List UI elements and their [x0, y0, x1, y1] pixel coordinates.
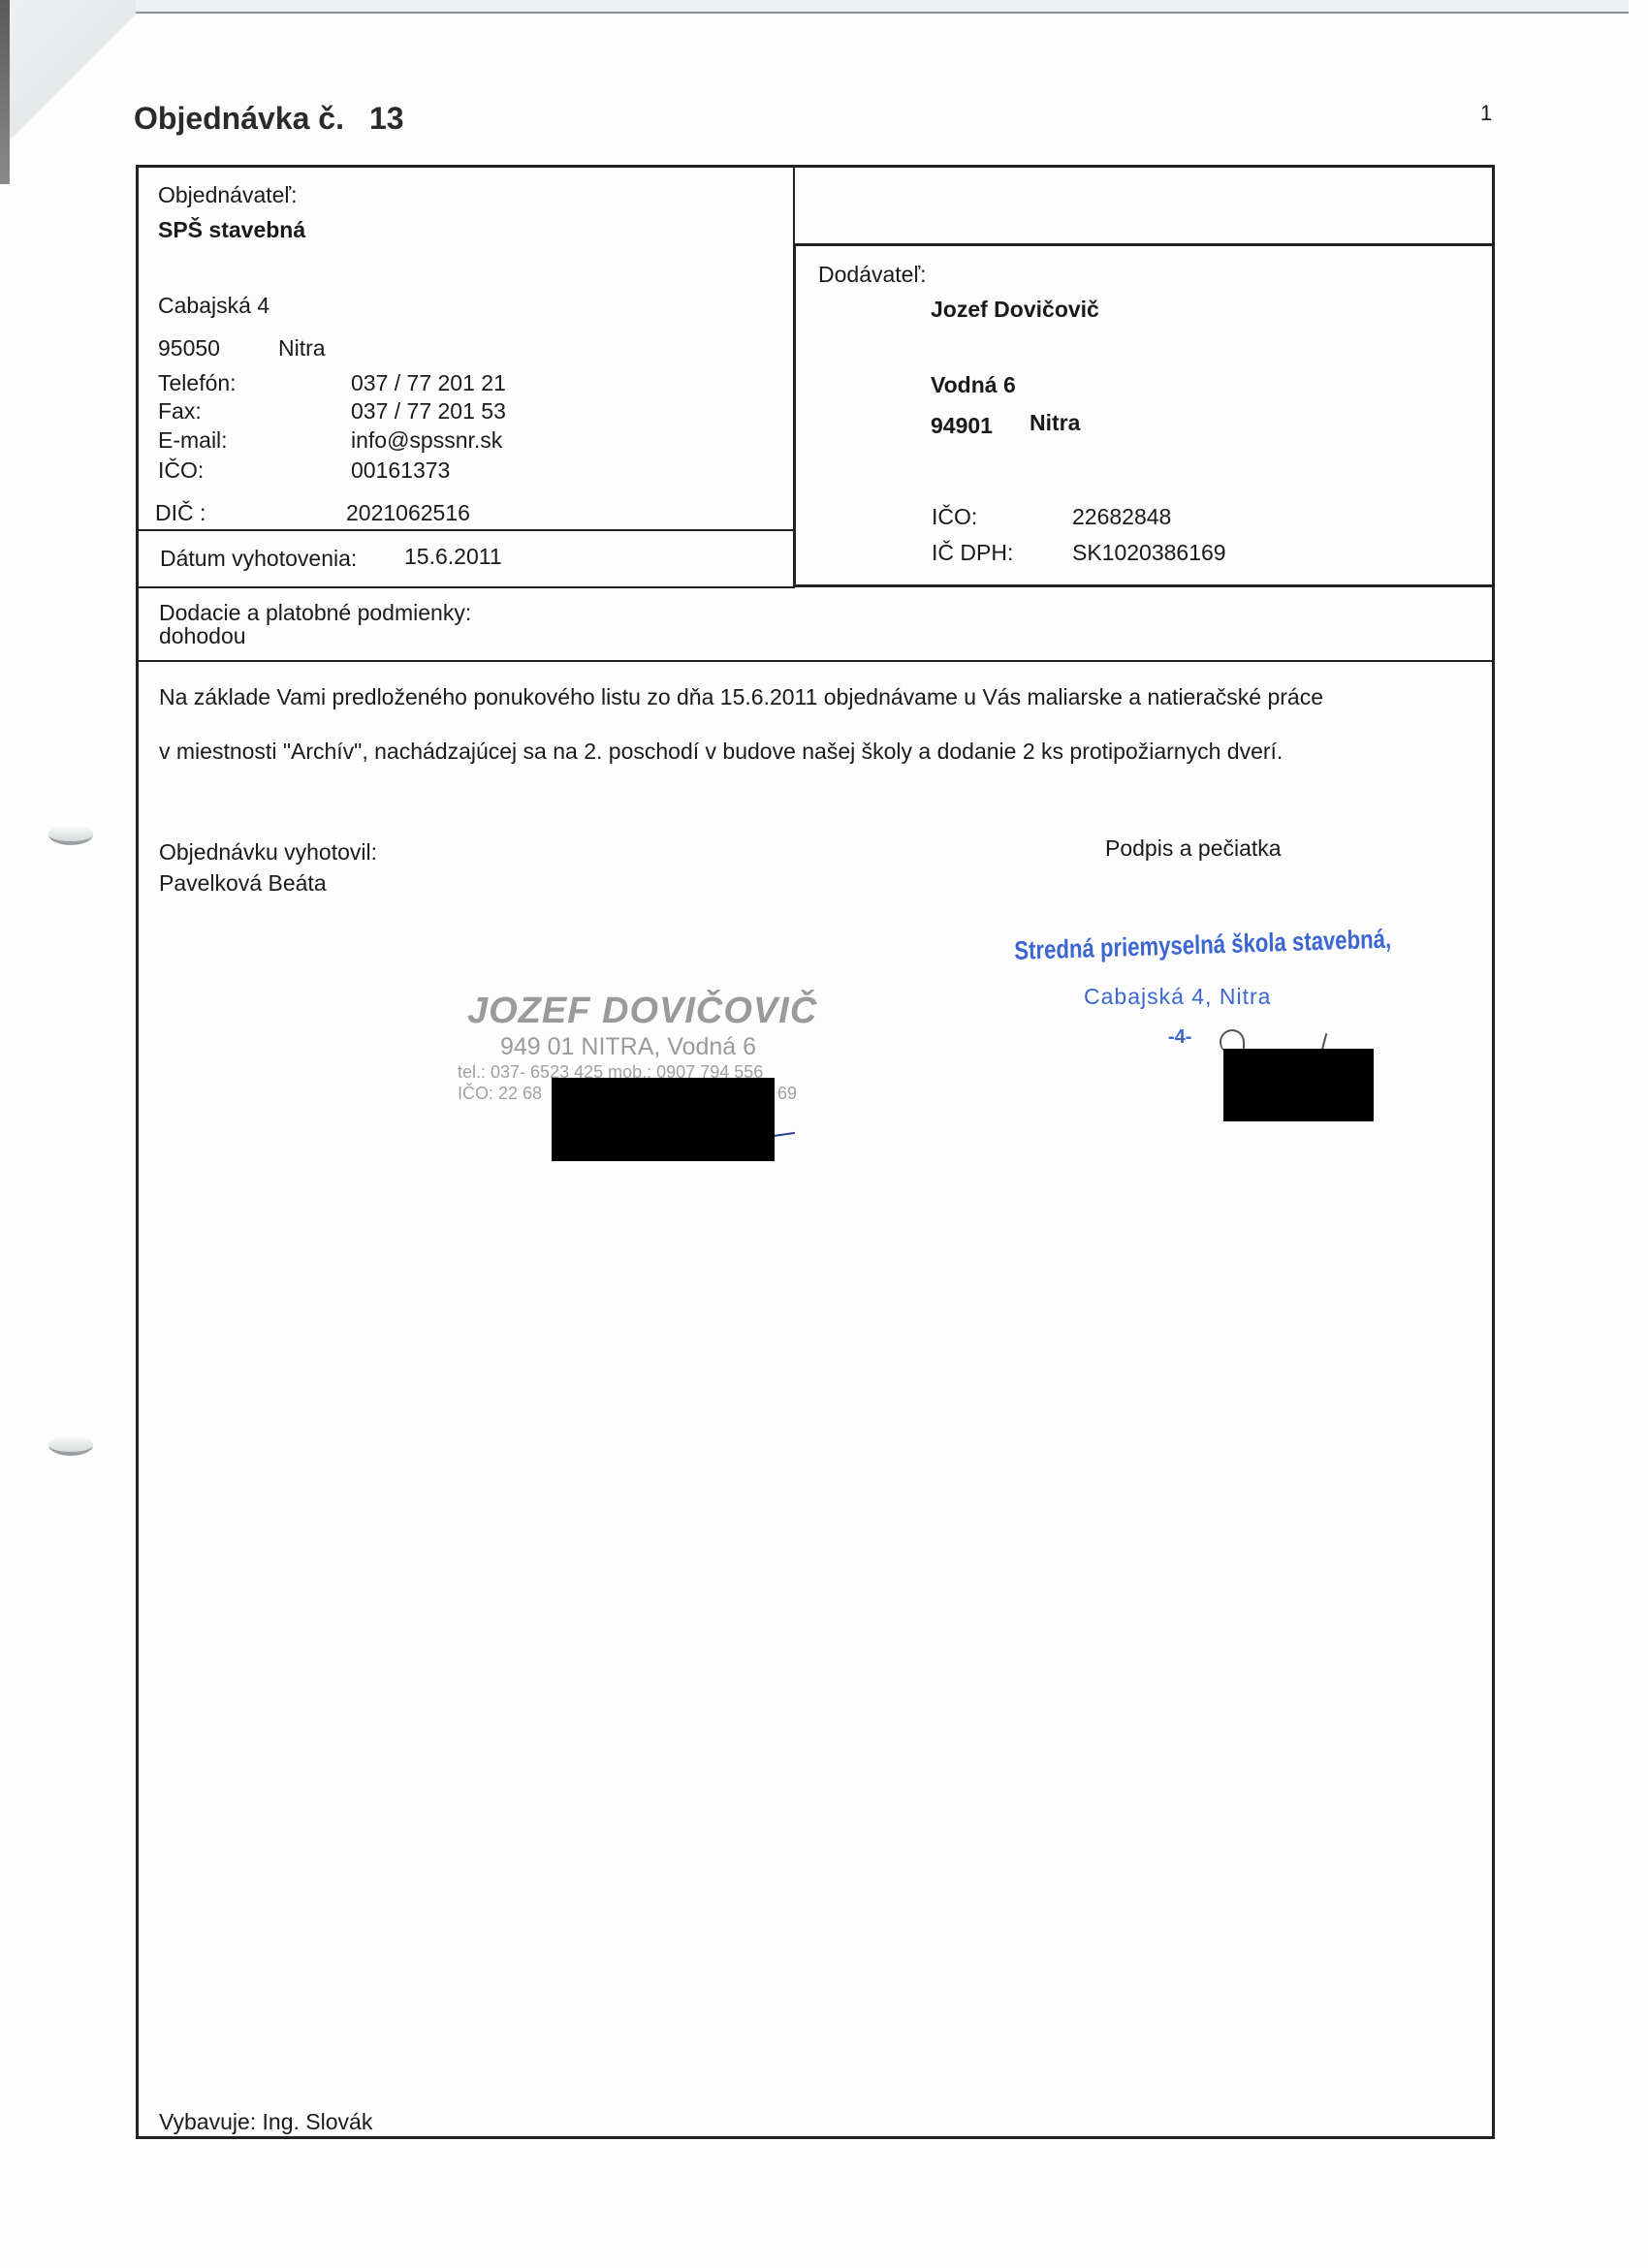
prepared-by-label: Objednávku vyhotovil:	[159, 839, 377, 866]
redaction-box	[1223, 1049, 1374, 1121]
order-number: 13	[369, 101, 404, 136]
customer-dic-label: DIČ :	[155, 500, 206, 526]
customer-fax-value: 037 / 77 201 53	[351, 398, 506, 425]
customer-email-label: E-mail:	[158, 427, 228, 454]
customer-phone-label: Telefón:	[158, 370, 237, 396]
customer-ico-label: IČO:	[158, 457, 204, 484]
document-title: Objednávka č.13	[134, 101, 404, 137]
page-number: 1	[1480, 101, 1492, 126]
stamp-address: 949 01 NITRA, Vodná 6	[500, 1033, 756, 1061]
school-stamp-line-2: Cabajská 4, Nitra	[1084, 984, 1271, 1010]
scan-top-edge	[116, 0, 1629, 14]
scan-folded-corner	[0, 0, 136, 194]
customer-label: Objednávateľ:	[158, 182, 298, 208]
supplier-icdph-label: IČ DPH:	[932, 540, 1013, 566]
school-stamp-line-1: Stredná priemyselná škola stavebná,	[1014, 925, 1391, 966]
customer-fax-label: Fax:	[158, 398, 202, 425]
customer-name: SPŠ stavebná	[158, 217, 305, 243]
customer-phone-value: 037 / 77 201 21	[351, 370, 506, 396]
stamp-ico-right: 69	[777, 1084, 797, 1104]
title-label: Objednávka č.	[134, 101, 344, 136]
redaction-box	[552, 1078, 775, 1161]
supplier-city: Nitra	[1030, 410, 1080, 436]
date-label: Dátum vyhotovenia:	[160, 546, 357, 572]
customer-ico-value: 00161373	[351, 457, 450, 484]
supplier-zip: 94901	[931, 413, 993, 439]
prepared-by-name: Pavelková Beáta	[159, 870, 327, 897]
stamp-company-name: JOZEF DOVIČOVIČ	[467, 991, 817, 1032]
customer-street: Cabajská 4	[158, 293, 269, 319]
sign-label: Podpis a pečiatka	[1105, 835, 1282, 862]
supplier-ico-label: IČO:	[932, 504, 977, 530]
date-value: 15.6.2011	[404, 544, 502, 570]
body-line-1: Na základe Vami predloženého ponukového …	[159, 684, 1323, 710]
terms-value: dohodou	[159, 623, 246, 649]
customer-email-value: info@spssnr.sk	[351, 427, 502, 454]
terms-label: Dodacie a platobné podmienky:	[159, 600, 471, 626]
supplier-icdph-value: SK1020386169	[1072, 540, 1226, 566]
customer-city: Nitra	[278, 335, 326, 362]
punch-hole	[48, 1434, 93, 1456]
supplier-street: Vodná 6	[931, 372, 1016, 398]
punch-hole	[48, 824, 93, 845]
school-stamp-line-3: -4-	[1168, 1026, 1191, 1049]
body-line-2: v miestnosti "Archív", nachádzajúcej sa …	[159, 739, 1283, 765]
supplier-name: Jozef Dovičovič	[931, 297, 1099, 323]
handled-by: Vybavuje: Ing. Slovák	[159, 2109, 372, 2135]
supplier-ico-value: 22682848	[1072, 504, 1171, 530]
scan-left-edge	[0, 0, 10, 184]
stamp-ico-left: IČO: 22 68	[458, 1084, 542, 1104]
customer-zip: 95050	[158, 335, 220, 362]
customer-dic-value: 2021062516	[346, 500, 470, 526]
supplier-label: Dodávateľ:	[818, 262, 927, 288]
